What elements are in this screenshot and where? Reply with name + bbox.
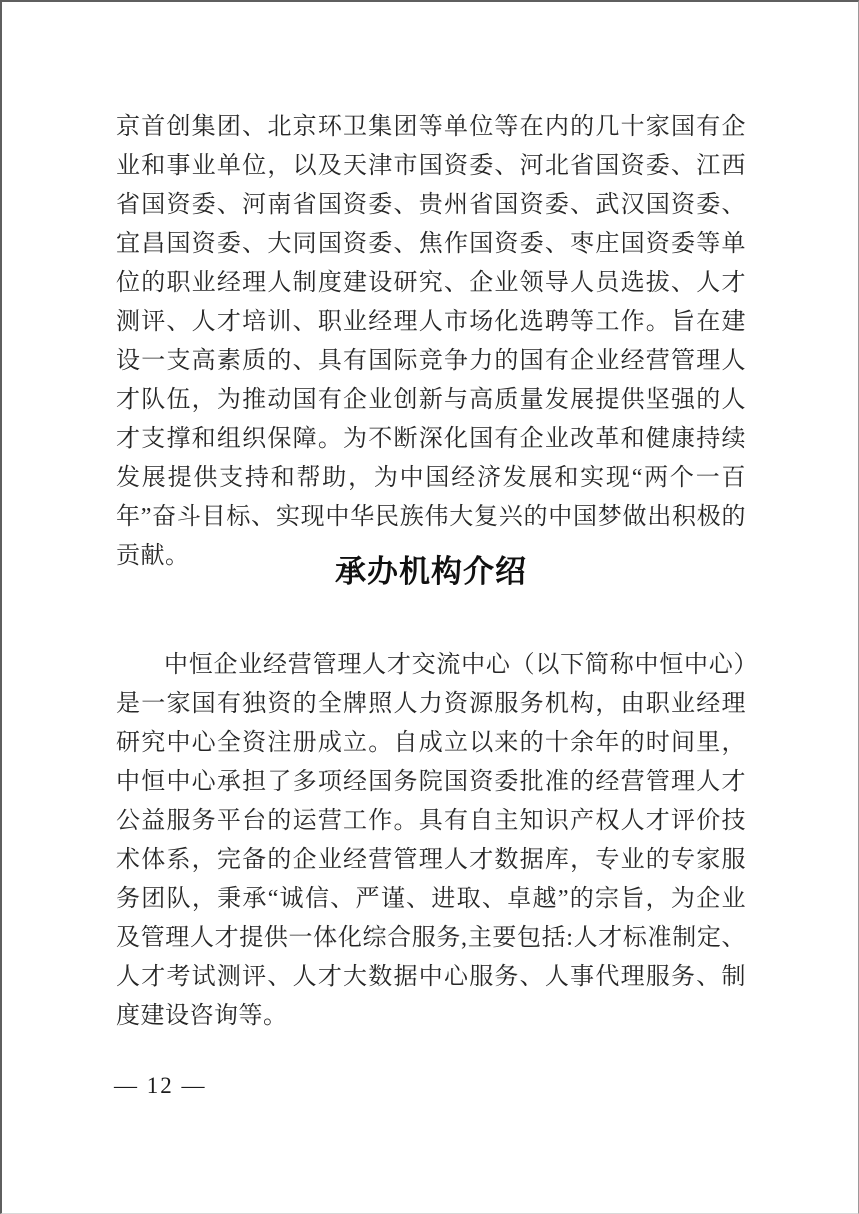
document-page: 京首创集团、北京环卫集团等单位等在内的几十家国有企业和事业单位，以及天津市国资委…	[0, 0, 859, 1214]
section-heading: 承办机构介绍	[116, 551, 746, 593]
paragraph-org-intro: 中恒企业经营管理人才交流中心（以下简称中恒中心）是一家国有独资的全牌照人力资源服…	[116, 646, 746, 1036]
paragraph-continuation: 京首创集团、北京环卫集团等单位等在内的几十家国有企业和事业单位，以及天津市国资委…	[116, 108, 746, 576]
page-number: — 12 —	[114, 1071, 207, 1101]
